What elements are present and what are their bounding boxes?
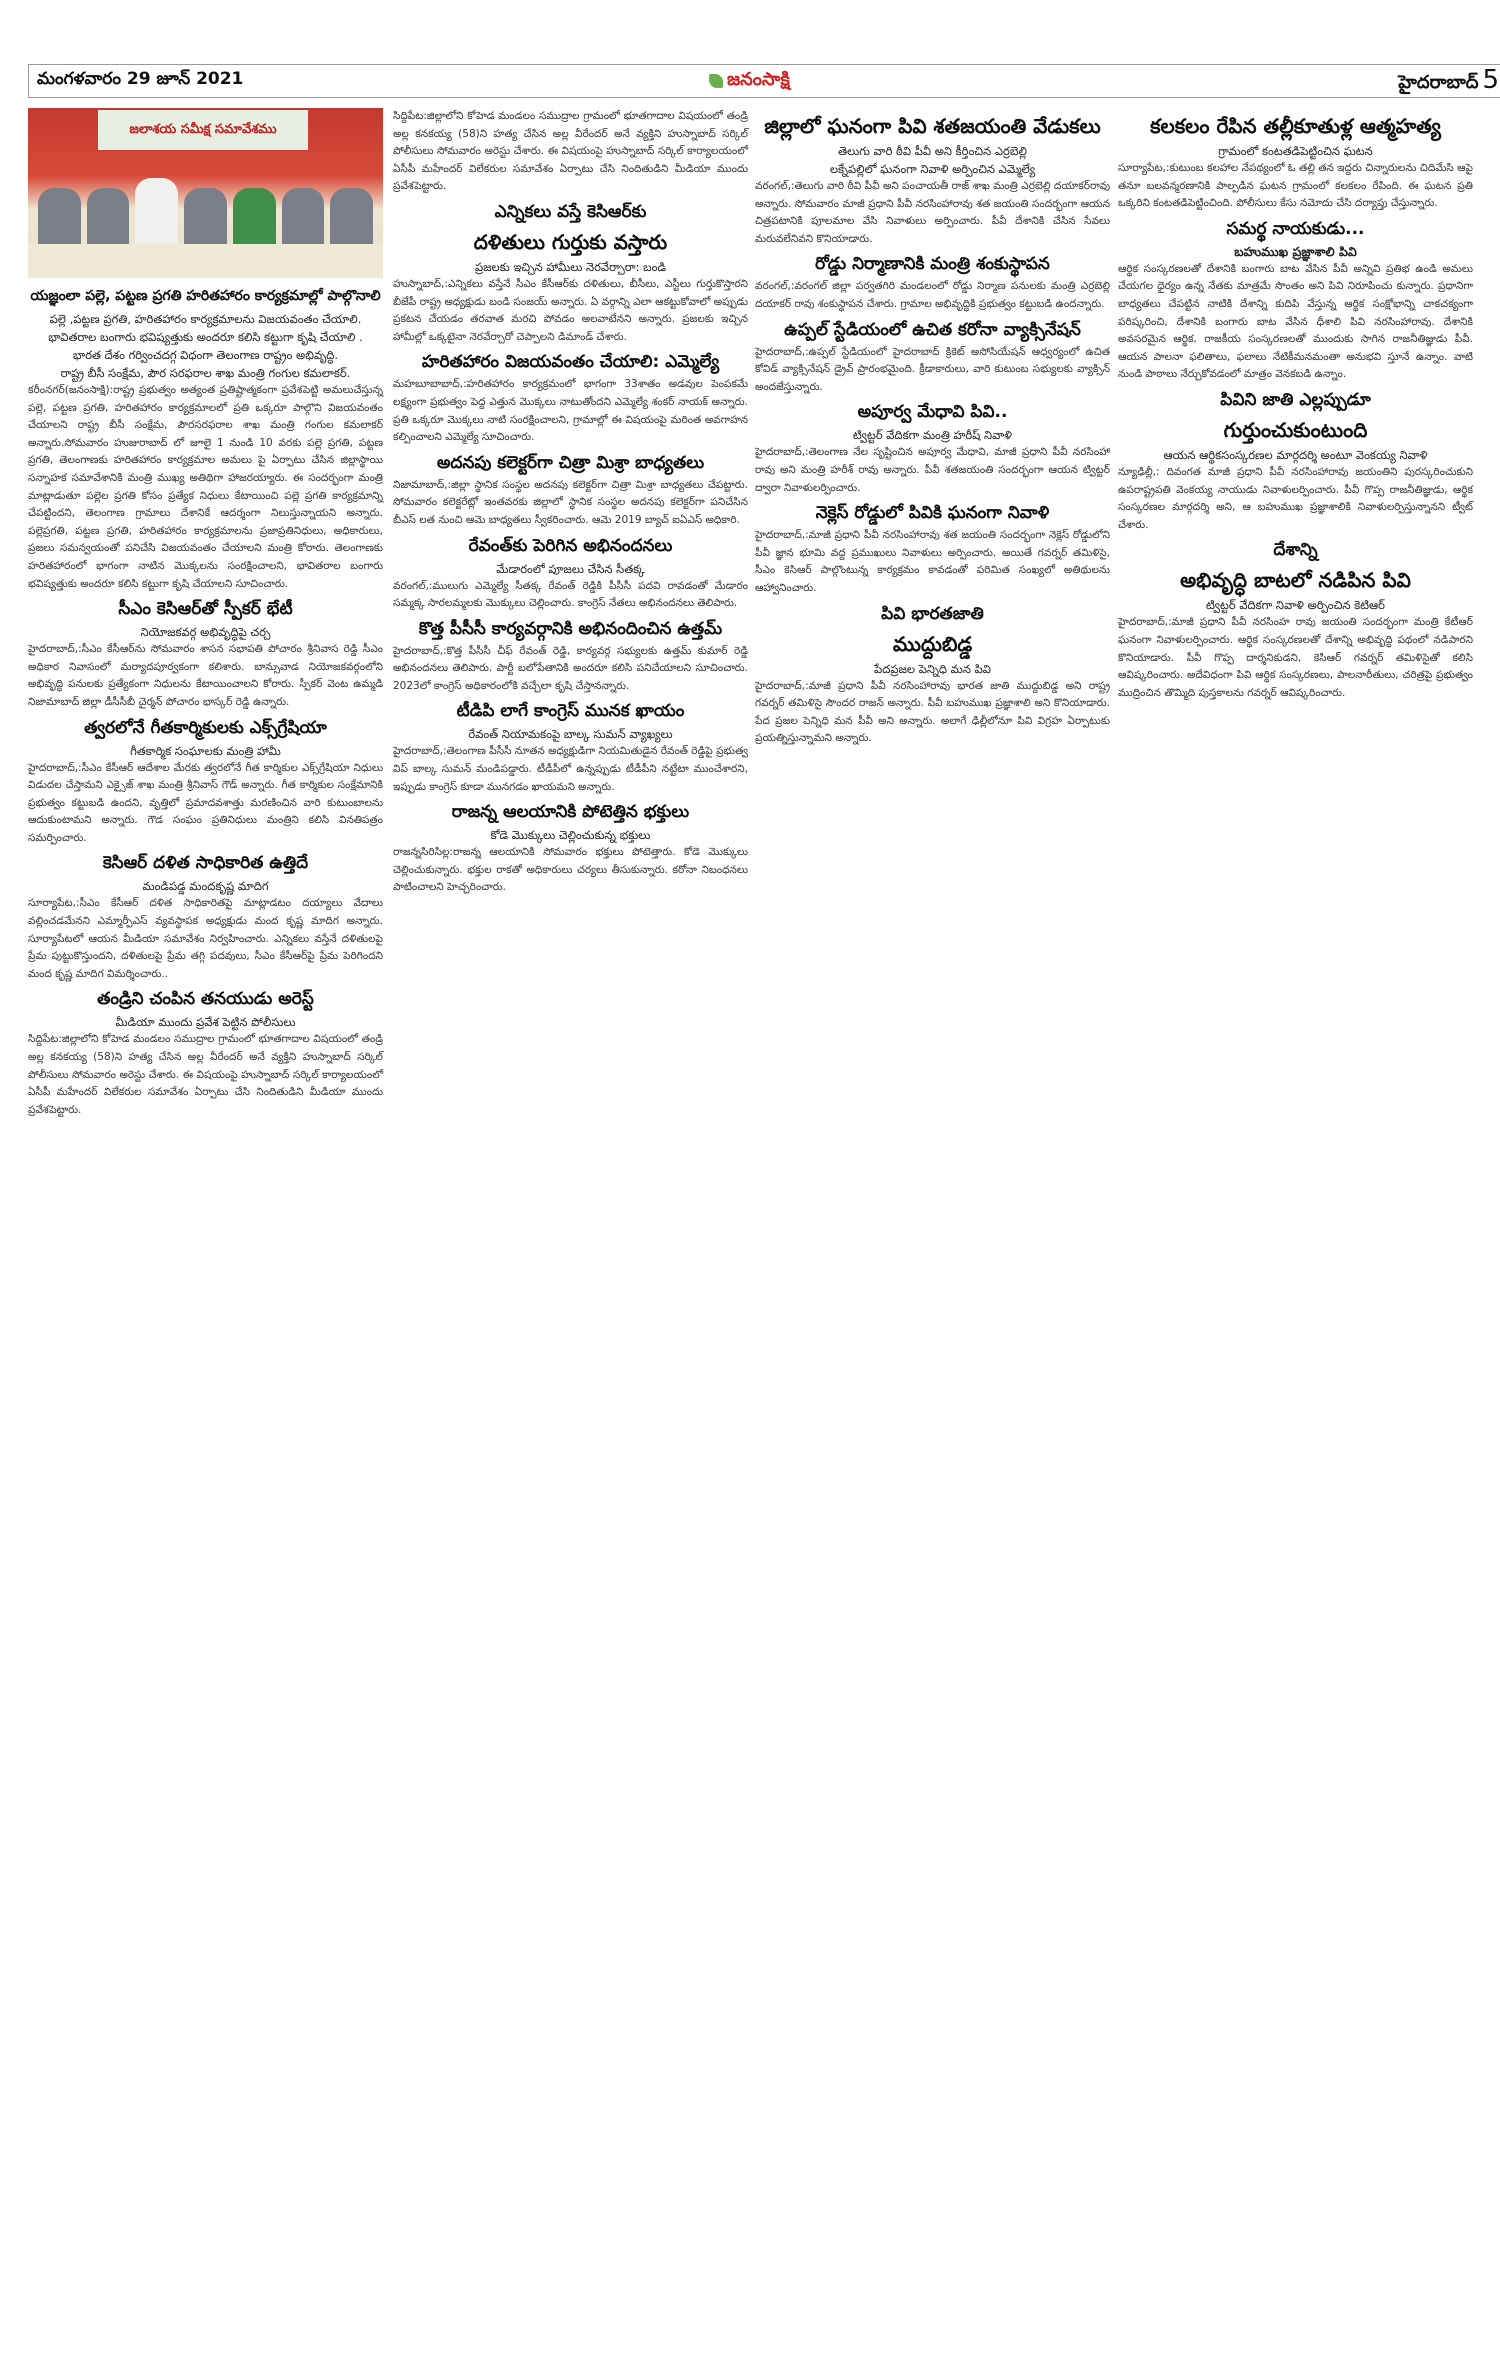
article-a7: హరితహారం విజయవంతం చేయాలి: ఎమ్మెల్యే మహబూ… xyxy=(393,350,748,446)
article-body: వరంగల్,:ములుగు ఎమ్మెల్యే సీతక్క రేవంత్ ర… xyxy=(393,578,748,613)
subheading: మేడారంలో పూజలు చేసిన సీతక్క xyxy=(393,560,748,578)
subheading: మండిపడ్డ మందకృష్ణ మాదిగ xyxy=(28,877,383,895)
article-body: హైదరాబాద్,:తెలంగాణ నేల సృష్టించిన అపూర్వ… xyxy=(755,444,1110,497)
article-body: వరంగల్,:తెలుగు వారి ఠీవి పీవీ అని పంచాయత… xyxy=(755,178,1110,248)
article-body: నిజామాబాద్,:జిల్లా స్థానిక సంస్థల అదనపు … xyxy=(393,477,748,530)
article-a11: టీడిపి లాగే కాంగ్రెస్ మునక ఖాయం రేవంత్ న… xyxy=(393,699,748,796)
column-1: జలాశయ సమీక్ష సమావేశము యజ్ఞంలా పల్లె, పట్… xyxy=(28,108,383,1121)
headline: హరితహారం విజయవంతం చేయాలి: ఎమ్మెల్యే xyxy=(393,350,748,374)
article-a2: సీఎం కెసిఆర్‌తో స్పీకర్ భేటీ నియోజకవర్గ … xyxy=(28,597,383,711)
headline: జిల్లాలో ఘనంగా పివి శతజయంతి వేడుకలు xyxy=(755,112,1110,140)
article-a17: నెక్లెస్ రోడ్డులో పివికి ఘనంగా నివాళి హై… xyxy=(755,501,1110,597)
headline: తండ్రిని చంపిన తనయుడు అరెస్ట్ xyxy=(28,987,383,1011)
headline: టీడిపి లాగే కాంగ్రెస్ మునక ఖాయం xyxy=(393,699,748,723)
subheading: భారత దేశం గర్వించదగ్గ విధంగా తెలంగాణ రాష… xyxy=(28,346,383,364)
subheading: కోడె మొక్కులు చెల్లించుకున్న భక్తులు xyxy=(393,826,748,844)
headline: రాజన్న ఆలయానికి పోటెత్తిన భక్తులు xyxy=(393,800,748,824)
article-a15: ఉప్పల్ స్టేడియంలో ఉచిత కరోనా వ్యాక్సినేష… xyxy=(755,318,1110,397)
headline: అభివృద్ధి బాటలో నడిపిన పివి xyxy=(1118,566,1473,594)
article-body: సూర్యాపేట,:సీఎం కేసీఆర్ దళిత సాధికారితపై… xyxy=(28,895,383,983)
subheading: ఆయన ఆర్థికసంస్కరణల మార్గదర్శి అంటూ వెంకయ… xyxy=(1118,446,1473,464)
article-body: హైదరాబాద్,:మాజీ ప్రధాని పీవీ నరసింహ రావు… xyxy=(1118,614,1473,702)
article-a4: కెసిఆర్ దళిత సాధికారిత ఉత్తిదే మండిపడ్డ … xyxy=(28,851,383,983)
subheading: గ్రామంలో కంటతడిపెట్టించిన ఘటన xyxy=(1118,142,1473,160)
subheading: నియోజకవర్గ అభివృద్ధిపై చర్చ xyxy=(28,623,383,641)
newspaper-logo: జనంసాక్షి xyxy=(709,69,790,94)
headline: పివి భారతజాతి xyxy=(755,602,1110,626)
article-body: ఆర్థిక సంస్కరణలతో దేశానికి బంగారు బాట వే… xyxy=(1118,261,1473,384)
leaf-icon xyxy=(709,74,723,88)
headline: అదనపు కలెక్టర్‌గా చిత్రా మిశ్రా బాధ్యతలు xyxy=(393,451,748,475)
photo-people xyxy=(38,178,373,248)
column-3: జిల్లాలో ఘనంగా పివి శతజయంతి వేడుకలు తెలు… xyxy=(755,108,1110,750)
subheading: పల్లె ,పట్టణ ప్రగతి, హరితహారం కార్యక్రమా… xyxy=(28,310,383,328)
article-a1: యజ్ఞంలా పల్లె, పట్టణ ప్రగతి హరితహారం కార… xyxy=(28,284,383,593)
subheading: రేవంత్ నియామకంపై బాల్క సుమన్ వ్యాఖ్యలు xyxy=(393,725,748,743)
article-body: హైదరాబాద్,:సీఎం కేసీఆర్ ఆదేశాల మేరకు త్వ… xyxy=(28,760,383,848)
meeting-photo: జలాశయ సమీక్ష సమావేశము xyxy=(28,108,383,278)
article-body: హైదరాబాద్,:సీఎం కేసీఆర్‌ను సోమవారం శాసన … xyxy=(28,641,383,711)
city-name: హైదరాబాద్ xyxy=(1398,72,1478,93)
article-body: రాజన్నసిరిసిల్ల:రాజన్న ఆలయానికి సోమవారం … xyxy=(393,844,748,897)
headline: దళితులు గుర్తుకు వస్తారు xyxy=(393,228,748,256)
page-label: హైదరాబాద్5 xyxy=(1398,65,1499,97)
article-body: కరీంనగర్(జనంసాక్షి):రాష్ట్ర ప్రభుత్వం అత… xyxy=(28,382,383,593)
article-a3: త్వరలోనే గీతకార్మికులకు ఎక్స్‌గ్రేషియా గ… xyxy=(28,716,383,848)
subheading: బహుముఖ ప్రజ్ఞాశాలి పివి xyxy=(1118,243,1473,261)
subheading: భావితరాల బంగారు భవిష్యత్తుకు అందరూ కలిసి… xyxy=(28,328,383,346)
article-a13: జిల్లాలో ఘనంగా పివి శతజయంతి వేడుకలు తెలు… xyxy=(755,112,1110,248)
article-a12: రాజన్న ఆలయానికి పోటెత్తిన భక్తులు కోడె మ… xyxy=(393,800,748,897)
column-4: కలకలం రేపిన తల్లీకూతుళ్ల ఆత్మహత్య గ్రామం… xyxy=(1118,108,1473,704)
column-2: సిద్దిపేట:జిల్లాలోని కోహెడ మండలం సముద్రా… xyxy=(393,108,748,899)
headline: రోడ్డు నిర్మాణానికి మంత్రి శంకుస్థాపన xyxy=(755,252,1110,276)
subheading: పేదప్రజల పెన్నిధి మన పివి xyxy=(755,660,1110,678)
headline: దేశాన్ని xyxy=(1118,538,1473,562)
subheading: ప్రజలకు ఇచ్చిన హామీలు నెరవేర్చారా: బండి xyxy=(393,258,748,276)
headline: కొత్త పీసీసీ కార్యవర్గానికి అభినందించిన … xyxy=(393,617,748,641)
article-body: సిద్దిపేట:జిల్లాలోని కోహెడ మండలం సముద్రా… xyxy=(28,1031,383,1119)
headline: అపూర్వ మేధావి పివి.. xyxy=(755,400,1110,424)
article-a6: ఎన్నికలు వస్తే కెసిఆర్‌కు దళితులు గుర్తు… xyxy=(393,200,748,346)
headline: గుర్తుంచుకుంటుంది xyxy=(1118,416,1473,444)
article-body: హైదరాబాద్,:కొత్త పీసీసీ చీఫ్ రేవంత్ రెడ్… xyxy=(393,643,748,696)
article-a18: పివి భారతజాతి ముద్దుబిడ్డ పేదప్రజల పెన్న… xyxy=(755,602,1110,748)
article-body: హుస్నాబాద్,:ఎన్నికలు వస్తేనే సీఎం కేసీఆర… xyxy=(393,276,748,346)
subheading: గీతకార్మిక సంఘాలకు మంత్రి హామీ xyxy=(28,742,383,760)
article-a22: దేశాన్ని అభివృద్ధి బాటలో నడిపిన పివి ట్వ… xyxy=(1118,538,1473,702)
subheading: మీడియా ముందు ప్రవేశ పెట్టిన పోలీసులు xyxy=(28,1013,383,1031)
article-a9: రేవంత్‌కు పెరిగిన అభినందనలు మేడారంలో పూజ… xyxy=(393,534,748,613)
headline: కెసిఆర్ దళిత సాధికారిత ఉత్తిదే xyxy=(28,851,383,875)
article-a8: అదనపు కలెక్టర్‌గా చిత్రా మిశ్రా బాధ్యతలు… xyxy=(393,451,748,530)
subheading: లక్నేపల్లిలో ఘనంగా నివాళి అర్పించిన ఎమ్మ… xyxy=(755,160,1110,178)
subheading: ట్విట్టర్ వేదికగా మంత్రి హరీష్ నివాళి xyxy=(755,426,1110,444)
headline: కలకలం రేపిన తల్లీకూతుళ్ల ఆత్మహత్య xyxy=(1118,112,1473,140)
headline: ఉప్పల్ స్టేడియంలో ఉచిత కరోనా వ్యాక్సినేష… xyxy=(755,318,1110,342)
headline: నెక్లెస్ రోడ్డులో పివికి ఘనంగా నివాళి xyxy=(755,501,1110,525)
article-a21: పివిని జాతి ఎల్లప్పుడూ గుర్తుంచుకుంటుంది… xyxy=(1118,388,1473,534)
article-body: సూర్యాపేట,:కుటుంబ కలహాల నేపథ్యంలో ఓ తల్ల… xyxy=(1118,160,1473,213)
headline: యజ్ఞంలా పల్లె, పట్టణ ప్రగతి హరితహారం కార… xyxy=(28,284,383,308)
article-body: హైదరాబాద్,:మాజీ ప్రధాని పీవీ నరసింహారావు… xyxy=(755,527,1110,597)
article-body-continued: సిద్దిపేట:జిల్లాలోని కోహెడ మండలం సముద్రా… xyxy=(393,108,748,196)
photo-banner: జలాశయ సమీక్ష సమావేశము xyxy=(98,110,308,150)
subheading: ట్విట్టర్ వేదికగా నివాళి అర్పించిన కెటిఆ… xyxy=(1118,596,1473,614)
article-body: హైదరాబాద్,:మాజీ ప్రధాని పీవీ నరసింహారావు… xyxy=(755,678,1110,748)
article-body: న్యూఢిల్లీ,: దివంగత మాజీ ప్రధాని పీవీ నర… xyxy=(1118,464,1473,534)
page-number: 5 xyxy=(1482,65,1499,95)
article-a19: కలకలం రేపిన తల్లీకూతుళ్ల ఆత్మహత్య గ్రామం… xyxy=(1118,112,1473,213)
article-a14: రోడ్డు నిర్మాణానికి మంత్రి శంకుస్థాపన వర… xyxy=(755,252,1110,313)
headline: రేవంత్‌కు పెరిగిన అభినందనలు xyxy=(393,534,748,558)
headline: సమర్థ నాయకుడు... xyxy=(1118,217,1473,241)
headline: సీఎం కెసిఆర్‌తో స్పీకర్ భేటీ xyxy=(28,597,383,621)
article-body: హైదరాబాద్,:ఉప్పల్ స్టేడియంలో హైదరాబాద్ క… xyxy=(755,344,1110,397)
article-body: హైదరాబాద్,:తెలంగాణ పీసీసీ నూతన అధ్యక్షుడ… xyxy=(393,743,748,796)
masthead: మంగళవారం 29 జూన్ 2021 జనంసాక్షి హైదరాబాద… xyxy=(28,64,1500,98)
article-a5: తండ్రిని చంపిన తనయుడు అరెస్ట్ మీడియా ముం… xyxy=(28,987,383,1119)
article-a20: సమర్థ నాయకుడు... బహుముఖ ప్రజ్ఞాశాలి పివి… xyxy=(1118,217,1473,384)
article-body: వరంగల్,:వరంగల్ జిల్లా పర్వతగిరి మండలంలో … xyxy=(755,278,1110,313)
headline: పివిని జాతి ఎల్లప్పుడూ xyxy=(1118,388,1473,412)
article-body: మహబూబాబాద్,:హరితహారం కార్యక్రమంలో భాగంగా… xyxy=(393,376,748,446)
headline: త్వరలోనే గీతకార్మికులకు ఎక్స్‌గ్రేషియా xyxy=(28,716,383,740)
logo-text: జనంసాక్షి xyxy=(727,69,790,94)
article-a16: అపూర్వ మేధావి పివి.. ట్విట్టర్ వేదికగా మ… xyxy=(755,400,1110,497)
issue-date: మంగళవారం 29 జూన్ 2021 xyxy=(37,69,243,93)
subheading: తెలుగు వారి ఠీవి పీవీ అని కీర్తించిన ఎర్… xyxy=(755,142,1110,160)
subheading: రాష్ట్ర బీసీ సంక్షేమ, పౌర సరఫరాల శాఖ మంత… xyxy=(28,364,383,382)
headline: ముద్దుబిడ్డ xyxy=(755,630,1110,658)
article-a10: కొత్త పీసీసీ కార్యవర్గానికి అభినందించిన … xyxy=(393,617,748,696)
headline: ఎన్నికలు వస్తే కెసిఆర్‌కు xyxy=(393,200,748,224)
